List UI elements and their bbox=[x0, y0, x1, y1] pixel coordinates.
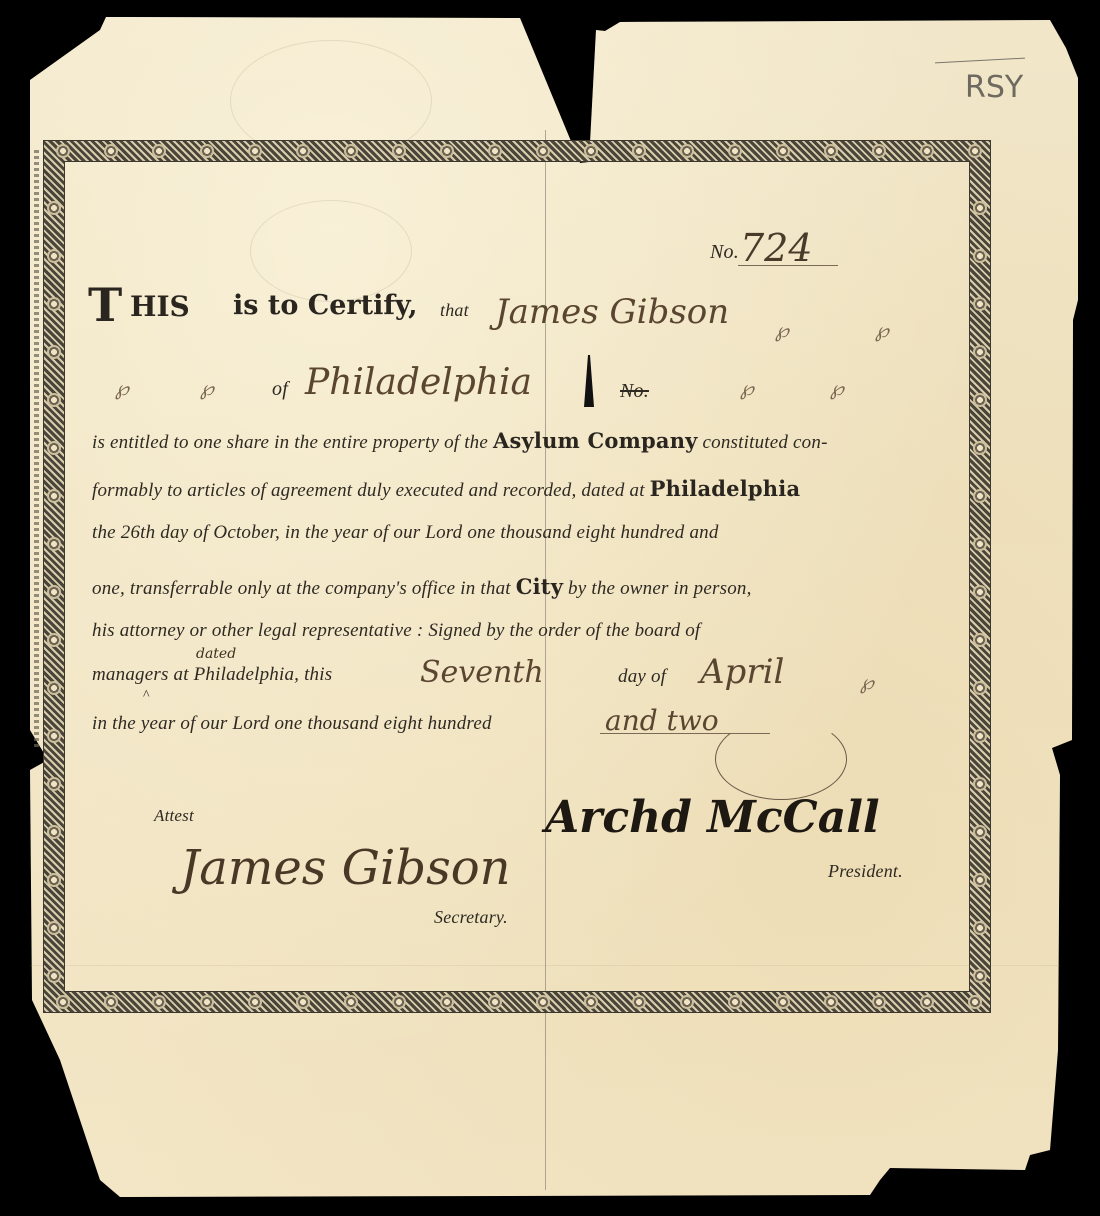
body-text: is entitled to one share in the entire p… bbox=[92, 432, 493, 453]
city-emphasis: City bbox=[516, 574, 563, 599]
rosette-ornament bbox=[440, 144, 454, 158]
rosette-ornament bbox=[973, 201, 987, 215]
rosette-ornament bbox=[296, 995, 310, 1009]
rosette-ornament bbox=[973, 249, 987, 263]
heading-connector: that bbox=[440, 300, 469, 321]
body-text: formably to articles of agreement duly e… bbox=[92, 480, 650, 501]
rosette-ornament bbox=[973, 345, 987, 359]
rosette-ornament bbox=[973, 537, 987, 551]
heading-drop-cap: T bbox=[88, 278, 123, 332]
city-emphasis: Philadelphia bbox=[650, 476, 801, 501]
insertion-note: dated bbox=[196, 646, 236, 662]
rosette-ornament bbox=[973, 969, 987, 983]
body-line: his attorney or other legal representati… bbox=[92, 620, 700, 642]
rosette-ornament bbox=[47, 873, 61, 887]
secretary-title: Secretary. bbox=[434, 907, 508, 928]
heading-first-word: HIS bbox=[130, 290, 190, 323]
rosette-ornament bbox=[200, 995, 214, 1009]
rosette-ornament bbox=[920, 144, 934, 158]
rosette-ornament bbox=[776, 995, 790, 1009]
rosette-ornament bbox=[47, 297, 61, 311]
date-mid-text: day of bbox=[618, 666, 666, 688]
rosette-ornament bbox=[728, 144, 742, 158]
company-name: Asylum Company bbox=[493, 428, 698, 453]
rosette-ornament bbox=[296, 144, 310, 158]
rosette-ornament bbox=[47, 681, 61, 695]
rosette-ornament bbox=[344, 995, 358, 1009]
rosette-ornament bbox=[973, 633, 987, 647]
rosette-ornament bbox=[47, 777, 61, 791]
rosette-ornament bbox=[973, 729, 987, 743]
rosette-ornament bbox=[47, 537, 61, 551]
rosette-ornament bbox=[536, 144, 550, 158]
body-line: formably to articles of agreement duly e… bbox=[92, 476, 800, 502]
body-line: is entitled to one share in the entire p… bbox=[92, 428, 828, 454]
rosette-ornament bbox=[973, 297, 987, 311]
body-line: one, transferrable only at the company's… bbox=[92, 574, 752, 600]
rosette-ornament bbox=[632, 995, 646, 1009]
rosette-ornament bbox=[973, 873, 987, 887]
rosette-ornament bbox=[973, 393, 987, 407]
flourish-ornament: ℘ bbox=[830, 376, 844, 400]
heading-text: is to Certify, bbox=[233, 290, 417, 321]
rosette-ornament bbox=[47, 249, 61, 263]
rosette-ornament bbox=[248, 995, 262, 1009]
rosette-ornament bbox=[47, 441, 61, 455]
flourish-ornament: ℘ bbox=[875, 318, 889, 342]
rosette-ornament bbox=[47, 729, 61, 743]
rosette-ornament bbox=[536, 995, 550, 1009]
rosette-ornament bbox=[680, 995, 694, 1009]
flourish-ornament: ℘ bbox=[740, 376, 754, 400]
date-line-text: managers at Philadelphia, this bbox=[92, 664, 332, 686]
body-text: one, transferrable only at the company's… bbox=[92, 578, 516, 599]
flourish-ornament: ℘ bbox=[200, 376, 214, 400]
of-label: of bbox=[272, 378, 288, 401]
rosette-ornament bbox=[973, 489, 987, 503]
rosette-ornament bbox=[392, 995, 406, 1009]
rosette-ornament bbox=[968, 144, 982, 158]
rosette-ornament bbox=[104, 144, 118, 158]
rosette-ornament bbox=[47, 969, 61, 983]
rosette-ornament bbox=[47, 345, 61, 359]
certificate-number: 724 bbox=[740, 226, 813, 270]
certificate-number-label: No. bbox=[710, 241, 739, 264]
flourish-ornament: ℘ bbox=[775, 318, 789, 342]
number-underline bbox=[738, 265, 838, 266]
body-text: by the owner in person, bbox=[563, 578, 751, 599]
rosette-ornament bbox=[968, 995, 982, 1009]
rosette-ornament bbox=[584, 144, 598, 158]
pencil-note: RSY bbox=[965, 70, 1023, 105]
president-signature: Archd McCall bbox=[545, 792, 880, 843]
rosette-ornament bbox=[776, 144, 790, 158]
body-text: the 26th day of October, in the year of … bbox=[92, 522, 719, 543]
rosette-ornament bbox=[488, 144, 502, 158]
rosette-ornament bbox=[56, 995, 70, 1009]
secretary-signature: James Gibson bbox=[180, 840, 511, 896]
rosette-ornament bbox=[47, 921, 61, 935]
rosette-ornament bbox=[872, 144, 886, 158]
rosette-ornament bbox=[920, 995, 934, 1009]
rosette-ornament bbox=[47, 585, 61, 599]
rosette-ornament bbox=[973, 681, 987, 695]
rosette-ornament bbox=[392, 144, 406, 158]
rosette-ornament bbox=[152, 995, 166, 1009]
rosette-ornament bbox=[584, 995, 598, 1009]
rosette-ornament bbox=[488, 995, 502, 1009]
flourish-ornament: ℘ bbox=[860, 670, 874, 694]
rosette-ornament bbox=[680, 144, 694, 158]
body-text: constituted con- bbox=[698, 432, 828, 453]
date-day: Seventh bbox=[420, 655, 544, 690]
holder-number-label: No. bbox=[620, 380, 649, 403]
rosette-ornament bbox=[824, 144, 838, 158]
rosette-ornament bbox=[47, 825, 61, 839]
holder-name: James Gibson bbox=[495, 292, 729, 332]
body-line: the 26th day of October, in the year of … bbox=[92, 522, 719, 544]
rosette-ornament bbox=[973, 825, 987, 839]
perforated-edge bbox=[34, 150, 39, 750]
year-line-text: in the year of our Lord one thousand eig… bbox=[92, 713, 492, 735]
rosette-ornament bbox=[47, 633, 61, 647]
rosette-ornament bbox=[728, 995, 742, 1009]
rosette-ornament bbox=[973, 441, 987, 455]
body-text: his attorney or other legal representati… bbox=[92, 620, 700, 641]
rosette-ornament bbox=[973, 921, 987, 935]
date-month: April bbox=[700, 652, 784, 692]
president-title: President. bbox=[828, 861, 903, 882]
rosette-ornament bbox=[152, 144, 166, 158]
rosette-ornament bbox=[47, 201, 61, 215]
rosette-ornament bbox=[47, 393, 61, 407]
rosette-ornament bbox=[973, 585, 987, 599]
rosette-ornament bbox=[872, 995, 886, 1009]
rosette-ornament bbox=[632, 144, 646, 158]
rosette-ornament bbox=[344, 144, 358, 158]
rosette-ornament bbox=[56, 144, 70, 158]
rosette-ornament bbox=[824, 995, 838, 1009]
rosette-ornament bbox=[104, 995, 118, 1009]
holder-city: Philadelphia bbox=[305, 362, 532, 403]
rosette-ornament bbox=[200, 144, 214, 158]
rosette-ornament bbox=[248, 144, 262, 158]
attest-label: Attest bbox=[154, 806, 194, 826]
signature-flourish-loop bbox=[715, 718, 847, 800]
flourish-ornament: ℘ bbox=[115, 376, 129, 400]
rosette-ornament bbox=[47, 489, 61, 503]
rosette-ornament bbox=[973, 777, 987, 791]
rosette-ornament bbox=[440, 995, 454, 1009]
insertion-caret: ^ bbox=[143, 688, 150, 704]
